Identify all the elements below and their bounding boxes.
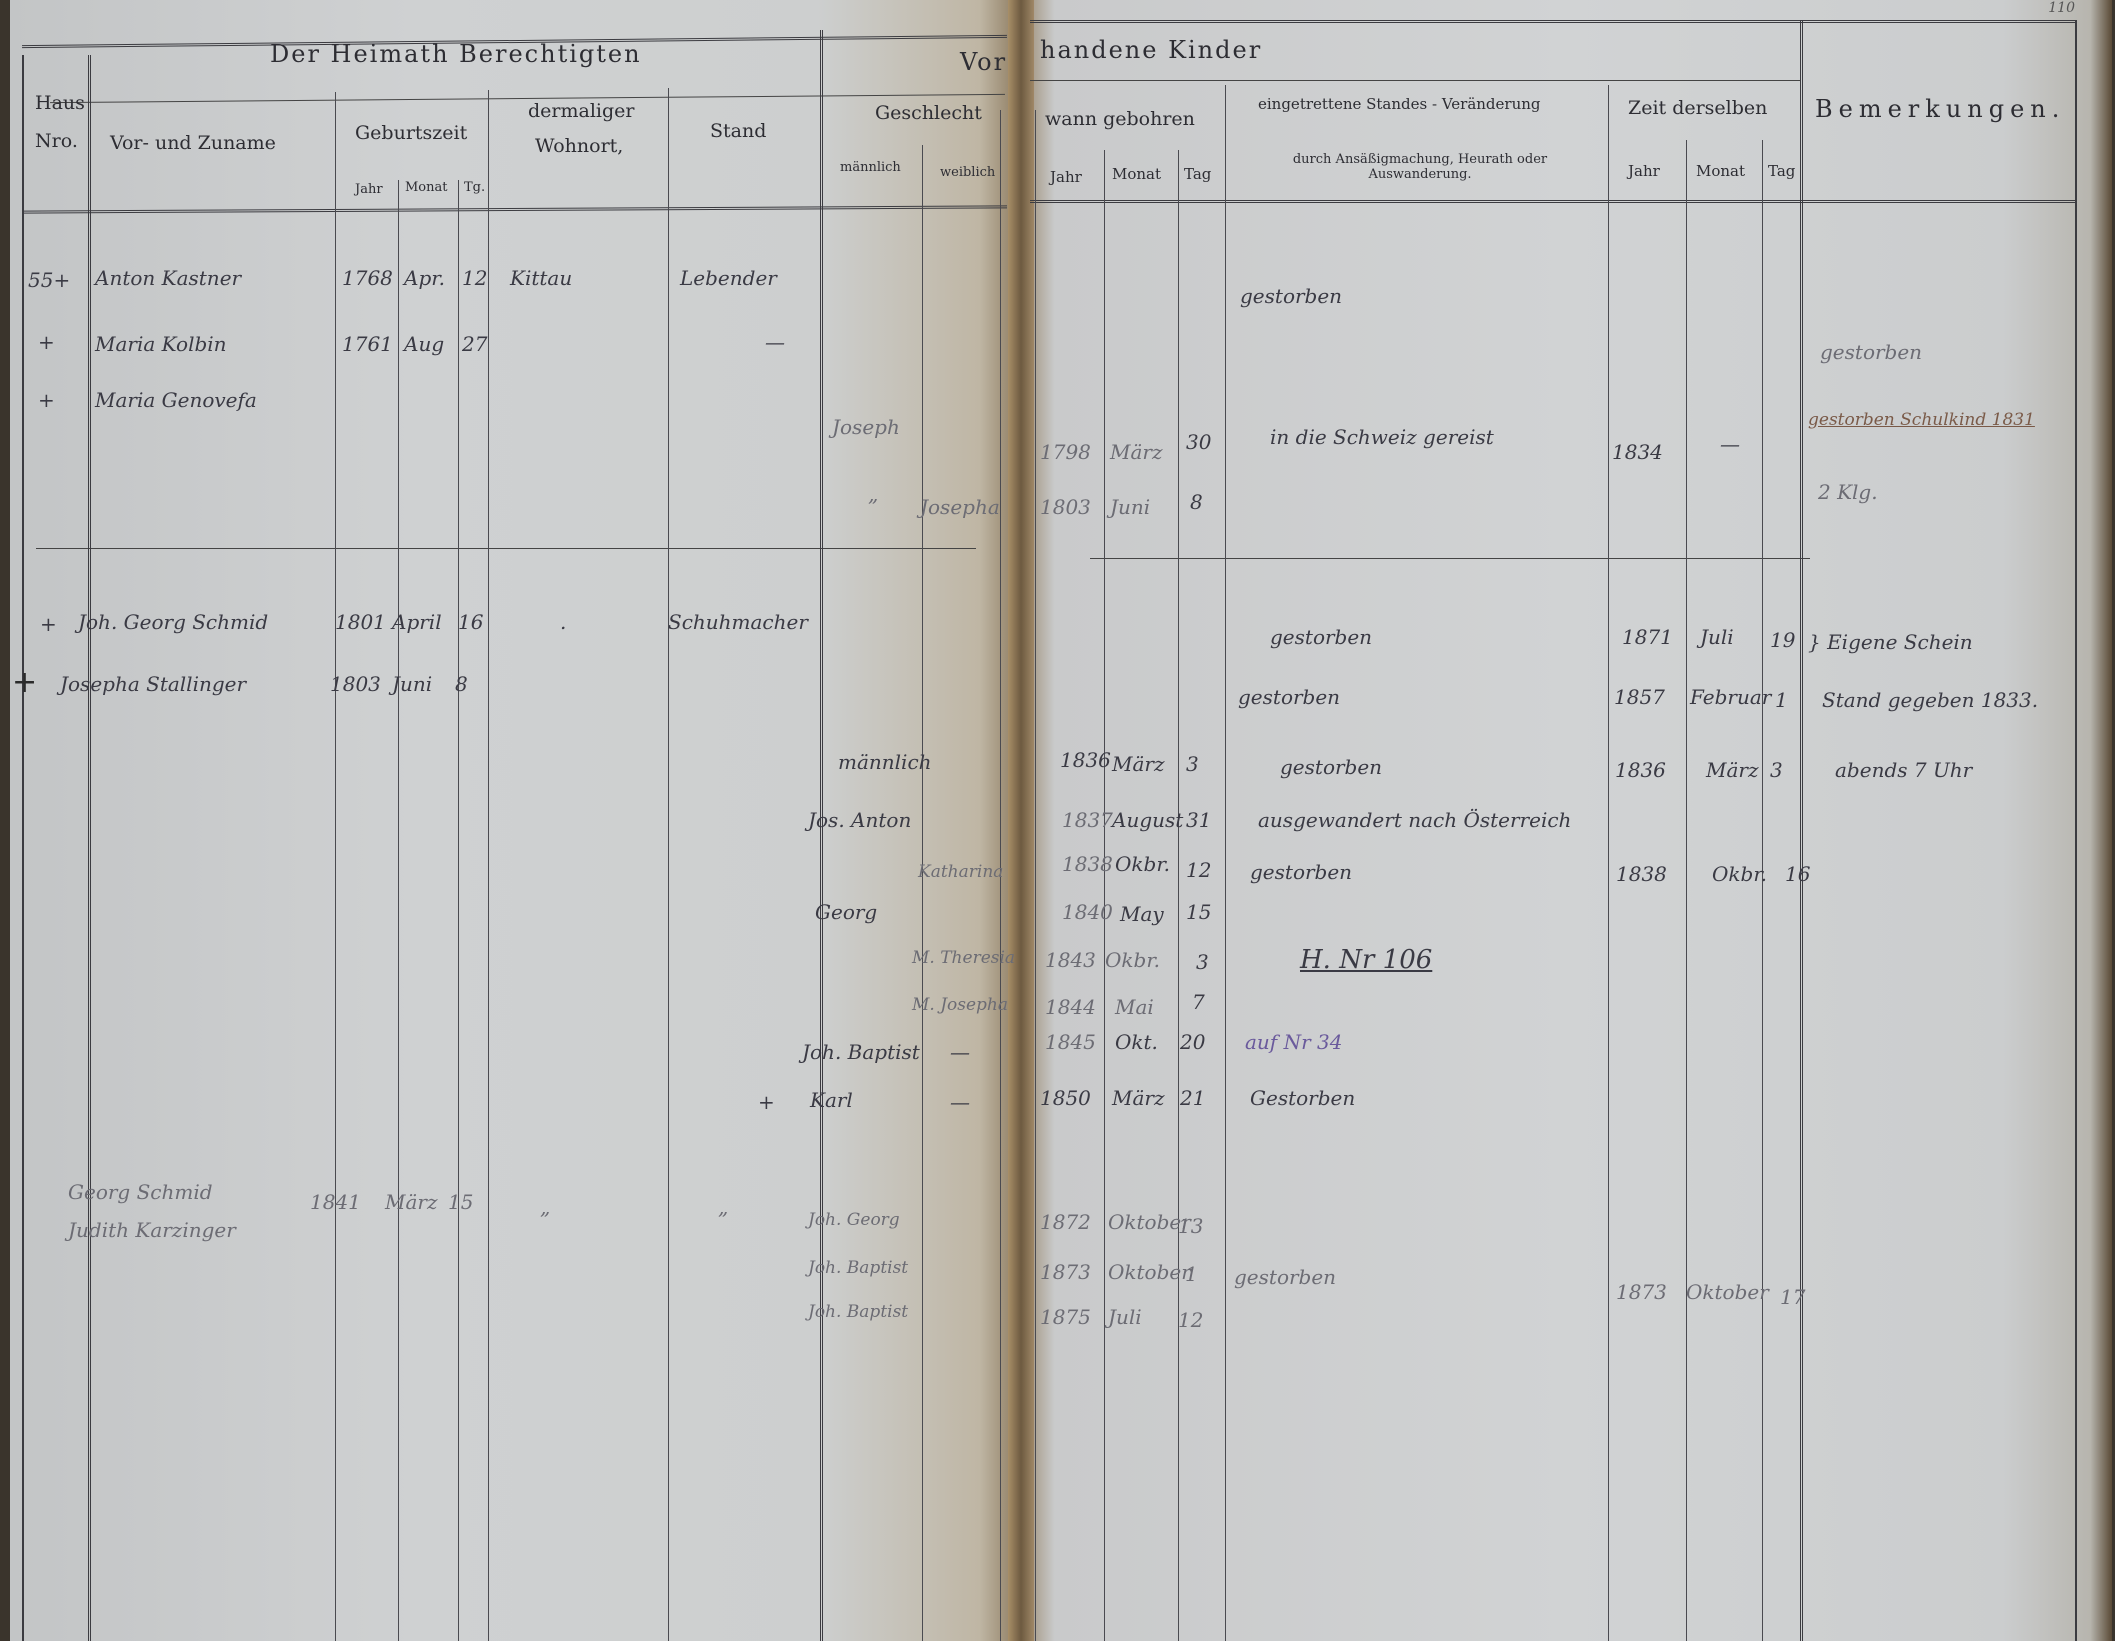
header-stand: Stand <box>710 120 766 142</box>
status-change: gestorben <box>1238 685 1340 709</box>
col-year-divider <box>398 180 399 1641</box>
birth-day: 8 <box>455 672 468 696</box>
status-change: Gestorben <box>1250 1086 1355 1110</box>
header-change-month: Monat <box>1696 162 1745 180</box>
birth-month: März <box>385 1190 438 1214</box>
person-name: Joh. Georg Schmid <box>78 610 268 634</box>
child-female: Katharina <box>918 862 1003 882</box>
header-male: männlich <box>840 160 901 175</box>
status-change-house-ref: auf Nr 34 <box>1245 1030 1342 1054</box>
child-year: 1803 <box>1040 495 1091 519</box>
child-day: 7 <box>1192 990 1205 1014</box>
birth-day: 27 <box>462 332 487 356</box>
remarks: } Eigene Schein <box>1808 630 1973 654</box>
remarks: gestorben <box>1820 340 1922 364</box>
child-day: 30 <box>1186 430 1211 454</box>
residence-ditto: „ <box>540 1195 550 1219</box>
child-female-dash: — <box>950 1090 970 1114</box>
child-year: 1840 <box>1062 900 1113 924</box>
status-change: gestorben <box>1270 625 1372 649</box>
col-remarks-divider <box>1800 20 1805 1641</box>
book-gutter <box>1008 0 1034 1641</box>
header-change-day: Tag <box>1768 162 1795 180</box>
birth-month: Apr. <box>404 266 445 290</box>
birth-day: 15 <box>448 1190 473 1214</box>
remarks-extra: 2 Klg. <box>1818 480 1878 504</box>
col-day-divider <box>488 90 489 1641</box>
child-male: Joh. Baptist <box>802 1040 920 1064</box>
child-year: 1850 <box>1040 1086 1091 1110</box>
child-day: 13 <box>1178 1214 1203 1238</box>
child-day: 20 <box>1180 1030 1205 1054</box>
status-change: ausgewandert nach Österreich <box>1258 808 1571 832</box>
birth-year: 1768 <box>342 266 393 290</box>
child-month: März <box>1112 752 1165 776</box>
person-name: Maria Genovefa <box>95 388 257 412</box>
child-month: März <box>1112 1086 1165 1110</box>
child-male: männlich <box>838 750 932 774</box>
entry-separator-left <box>36 548 976 549</box>
header-birth-day: Tg. <box>464 180 485 195</box>
child-male: Jos. Anton <box>808 808 911 832</box>
change-year: 1836 <box>1615 758 1666 782</box>
change-year: 1857 <box>1614 685 1665 709</box>
col-month-divider <box>458 180 459 1641</box>
child-month: Juni <box>1110 495 1150 519</box>
child-month: August <box>1112 808 1183 832</box>
stand: Lebender <box>680 266 777 290</box>
header-change-year: Jahr <box>1628 162 1660 180</box>
header-birth-month: Monat <box>405 180 448 195</box>
change-day: 19 <box>1770 628 1795 652</box>
header-status-change-sub: durch Ansäßigmachung, Heurath oder Auswa… <box>1255 152 1585 182</box>
status-change: gestorben <box>1280 755 1382 779</box>
child-male: Joh. Baptist <box>808 1258 908 1278</box>
header-female: weiblich <box>940 165 995 180</box>
header-sex: Geschlecht <box>875 102 982 124</box>
header-residence-1: dermaliger <box>528 100 634 122</box>
header-group-heimath: Der Heimath Berechtigten <box>270 40 642 68</box>
group-rule-right <box>1030 80 1800 81</box>
col-change-divider <box>1225 85 1226 1641</box>
status-change: gestorben <box>1240 284 1342 308</box>
remarks: Stand gegeben 1833. <box>1822 688 2038 712</box>
child-male: Joh. Baptist <box>808 1302 908 1322</box>
haus-number: 55+ <box>28 268 70 292</box>
change-month: Oktober <box>1686 1280 1769 1304</box>
stand-ditto: „ <box>718 1195 728 1219</box>
child-month: May <box>1120 902 1164 926</box>
child-year: 1837 <box>1062 808 1113 832</box>
change-year: 1871 <box>1622 625 1673 649</box>
change-month: Okbr. <box>1712 862 1767 886</box>
col-child-day-divider <box>1178 150 1179 1641</box>
header-birth-year: Jahr <box>355 182 383 197</box>
child-month: Mai <box>1115 995 1154 1019</box>
child-year: 1843 <box>1045 948 1096 972</box>
change-year: 1838 <box>1616 862 1667 886</box>
child-year: 1845 <box>1045 1030 1096 1054</box>
page-number: 110 <box>2048 0 2075 16</box>
header-nro: Nro. <box>35 130 78 152</box>
status-change: in die Schweiz gereist <box>1270 425 1494 449</box>
birth-month: Aug <box>404 332 444 356</box>
child-month: Juli <box>1108 1305 1142 1329</box>
top-rule-right <box>1030 20 2075 23</box>
col-residence-divider <box>668 88 669 1641</box>
header-group-kinder: handene Kinder <box>1040 36 1262 64</box>
child-year: 1872 <box>1040 1210 1091 1234</box>
child-day: 31 <box>1186 808 1211 832</box>
haus-mark: + <box>40 612 57 636</box>
cross-mark: + <box>758 1090 775 1114</box>
change-day: 16 <box>1785 862 1810 886</box>
child-month: März <box>1110 440 1163 464</box>
child-female: M. Theresia <box>912 948 1015 968</box>
stand: Schuhmacher <box>668 610 808 634</box>
col-haus-divider <box>88 55 93 1641</box>
child-year: 1838 <box>1062 852 1113 876</box>
child-month: Okt. <box>1115 1030 1158 1054</box>
header-name: Vor- und Zuname <box>110 132 276 154</box>
remarks: gestorben Schulkind 1831 <box>1808 410 2035 430</box>
header-haus: Haus <box>35 92 85 114</box>
child-day: 3 <box>1196 950 1209 974</box>
header-child-month: Monat <box>1112 165 1161 183</box>
birth-day: 16 <box>458 610 483 634</box>
change-day: 17 <box>1780 1285 1805 1309</box>
col-right-edge <box>2075 20 2077 1641</box>
col-sex-divider <box>922 145 923 1641</box>
col-child-year-start <box>1035 110 1036 1641</box>
change-year: 1873 <box>1616 1280 1667 1304</box>
child-year: 1873 <box>1040 1260 1091 1284</box>
child-month: Okbr. <box>1105 948 1160 972</box>
stand: — <box>765 330 785 354</box>
child-female: M. Josepha <box>912 995 1008 1015</box>
header-group-vor: Vor <box>960 48 1007 76</box>
child-female-dash: — <box>950 1040 970 1064</box>
residence: Kittau <box>510 266 572 290</box>
status-change-house-ref: H. Nr 106 <box>1300 945 1432 975</box>
haus-mark: + <box>38 388 55 412</box>
person-name-spouse: Judith Karzinger <box>68 1218 236 1242</box>
child-day: 8 <box>1190 490 1203 514</box>
col-changeday-divider <box>1762 140 1763 1641</box>
header-change-time: Zeit derselben <box>1628 97 1767 119</box>
child-day: 3 <box>1186 752 1199 776</box>
person-name: Georg Schmid <box>68 1180 213 1204</box>
person-name: Anton Kastner <box>95 266 241 290</box>
birth-month: April <box>392 610 442 634</box>
col-changemonth-divider <box>1686 140 1687 1641</box>
col-changetime-divider <box>1608 85 1609 1641</box>
child-day: 1 <box>1185 1262 1198 1286</box>
change-month: Februar <box>1690 685 1771 709</box>
birth-year: 1841 <box>310 1190 361 1214</box>
child-month: Oktober <box>1108 1260 1191 1284</box>
status-change: gestorben <box>1234 1265 1336 1289</box>
header-child-year: Jahr <box>1050 168 1082 186</box>
child-day: 21 <box>1180 1086 1205 1110</box>
child-day: 15 <box>1186 900 1211 924</box>
status-change: gestorben <box>1250 860 1352 884</box>
child-day: 12 <box>1178 1308 1203 1332</box>
header-status-change: eingetrettene Standes - Veränderung <box>1258 95 1541 113</box>
birth-month: Juni <box>392 672 432 696</box>
header-bottom-rule-right <box>1030 200 2075 203</box>
child-male: Joseph <box>832 415 900 439</box>
entry-separator-right <box>1090 558 1810 559</box>
header-birth: Geburtszeit <box>355 122 467 144</box>
header-child-day: Tag <box>1184 165 1211 183</box>
child-year: 1875 <box>1040 1305 1091 1329</box>
birth-year: 1803 <box>330 672 381 696</box>
child-year: 1844 <box>1045 995 1096 1019</box>
child-year: 1798 <box>1040 440 1091 464</box>
change-month: März <box>1706 758 1759 782</box>
person-name: Maria Kolbin <box>95 332 227 356</box>
col-edge <box>22 55 24 1641</box>
change-day: 3 <box>1770 758 1783 782</box>
col-child-month-divider <box>1104 150 1105 1641</box>
change-month: — <box>1720 432 1740 456</box>
col-name-divider <box>335 92 336 1641</box>
child-male: Karl <box>810 1088 853 1112</box>
ditto-mark: „ <box>868 482 878 506</box>
remarks: abends 7 Uhr <box>1835 758 1972 782</box>
header-born-when: wann gebohren <box>1045 108 1195 130</box>
haus-mark: + <box>38 330 55 354</box>
change-month: Juli <box>1700 625 1734 649</box>
birth-year: 1801 <box>335 610 386 634</box>
change-day: 1 <box>1775 688 1788 712</box>
child-year: 1836 <box>1060 748 1111 772</box>
cross-mark: + <box>12 665 37 700</box>
child-month: Okbr. <box>1115 852 1170 876</box>
person-name: Josepha Stallinger <box>60 672 246 696</box>
child-male: Georg <box>815 900 877 924</box>
child-male: Joh. Georg <box>808 1210 900 1230</box>
header-residence-2: Wohnort, <box>535 135 623 157</box>
birth-year: 1761 <box>342 332 393 356</box>
birth-day: 12 <box>462 266 487 290</box>
change-year: 1834 <box>1612 440 1663 464</box>
col-stand-divider <box>820 30 825 1641</box>
residence: . <box>560 610 566 634</box>
child-day: 12 <box>1186 858 1211 882</box>
header-remarks: Bemerkungen. <box>1815 95 2065 123</box>
child-female: Josepha <box>920 495 1000 519</box>
